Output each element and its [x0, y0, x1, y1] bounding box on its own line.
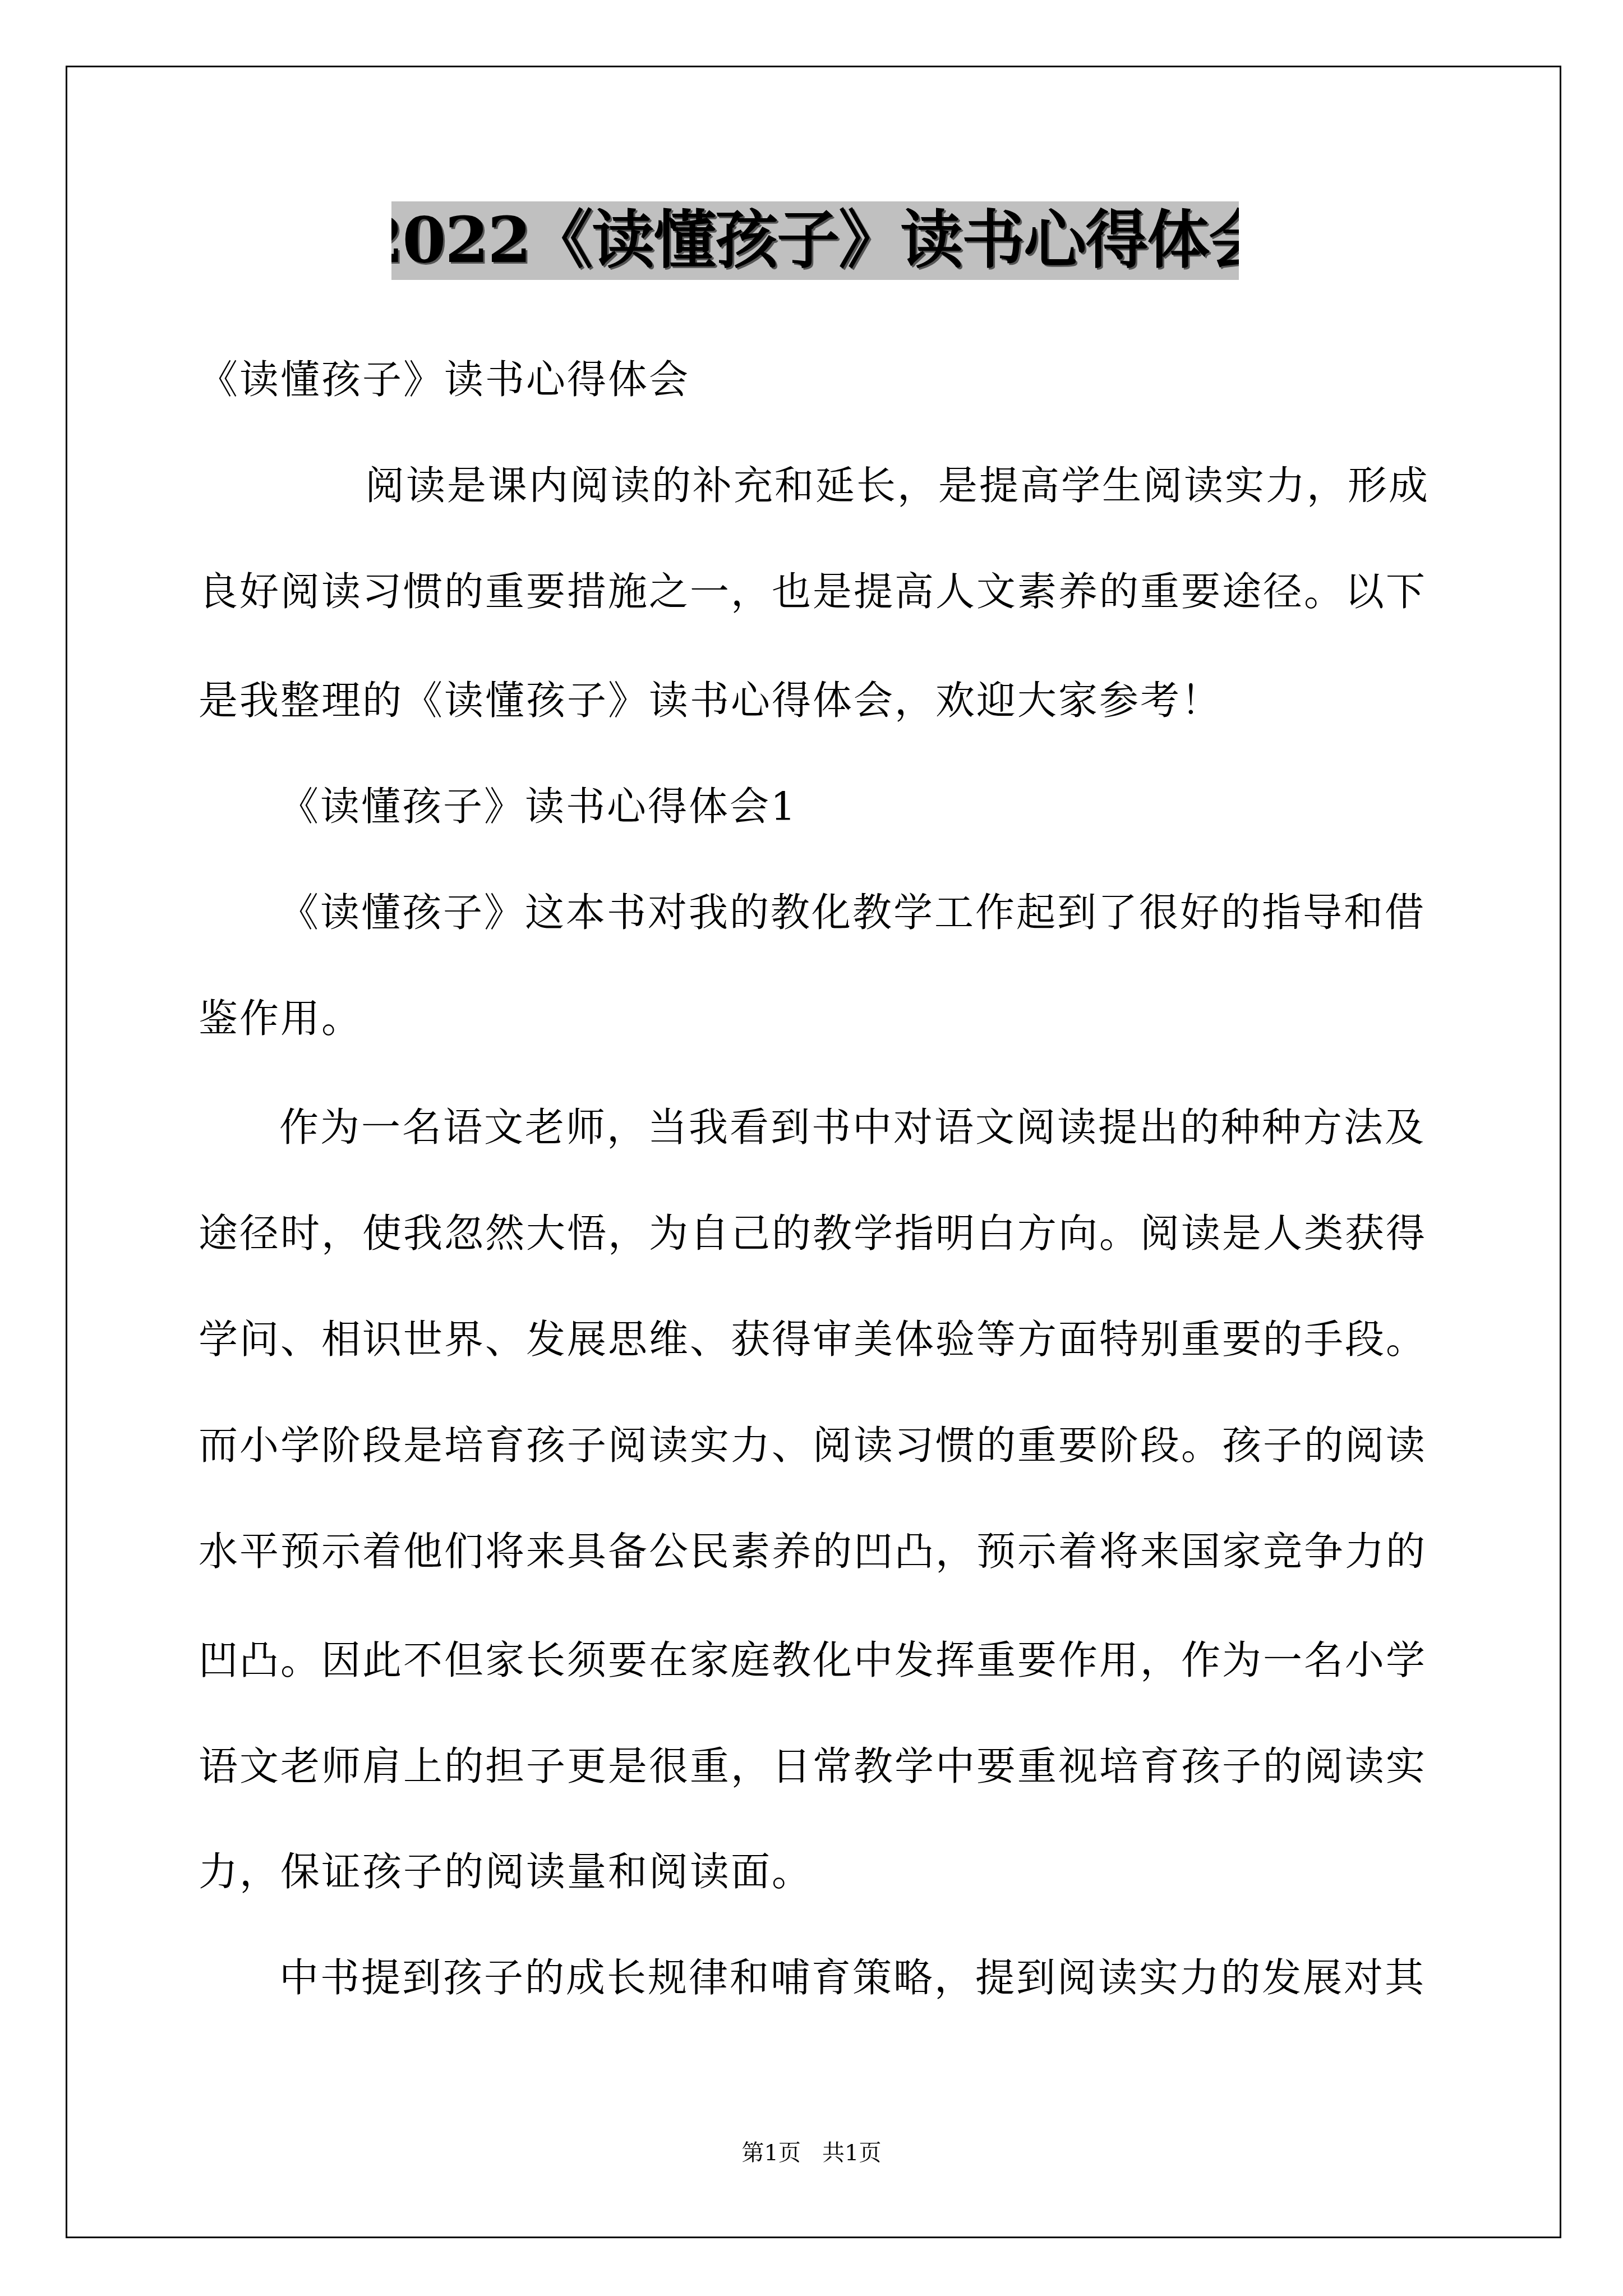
text-line: 作为一名语文老师，当我看到书中对语文阅读提出的种种方法及 [279, 1108, 1426, 1147]
text-line: 力，保证孩子的阅读量和阅读面。 [199, 1852, 813, 1892]
document-title: 2022《读懂孩子》读书心得体会 [391, 209, 1239, 272]
text-line: 是我整理的《读懂孩子》读书心得体会，欢迎大家参考！ [199, 681, 1222, 720]
text-line: 中书提到孩子的成长规律和哺育策略，提到阅读实力的发展对其 [279, 1958, 1426, 1998]
text-line: 阅读是课内阅读的补充和延长，是提高学生阅读实力，形成 [365, 466, 1430, 505]
text-line: 学问、相识世界、发展思维、获得审美体验等方面特别重要的手段。 [199, 1320, 1427, 1359]
text-line: 而小学阶段是培育孩子阅读实力、阅读习惯的重要阶段。孩子的阅读 [199, 1426, 1427, 1465]
text-line: 途径时，使我忽然大悟，为自己的教学指明白方向。阅读是人类获得 [199, 1214, 1427, 1253]
text-line: 《读懂孩子》读书心得体会1 [279, 787, 797, 826]
page-footer: 第1页 共1页 [0, 2142, 1623, 2164]
text-line: 良好阅读习惯的重要措施之一，也是提高人文素养的重要途径。以下 [199, 572, 1427, 611]
text-line: 鉴作用。 [199, 999, 362, 1038]
text-line: 语文老师肩上的担子更是很重，日常教学中要重视培育孩子的阅读实 [199, 1747, 1427, 1786]
document-subtitle: 《读懂孩子》读书心得体会 [199, 360, 690, 399]
text-line: 《读懂孩子》这本书对我的教化教学工作起到了很好的指导和借 [279, 893, 1426, 932]
title-highlight: 2022《读懂孩子》读书心得体会 [391, 201, 1239, 280]
text-line: 水平预示着他们将来具备公民素养的凹凸，预示着将来国家竞争力的 [199, 1532, 1427, 1571]
text-line: 凹凸。因此不但家长须要在家庭教化中发挥重要作用，作为一名小学 [199, 1641, 1427, 1680]
